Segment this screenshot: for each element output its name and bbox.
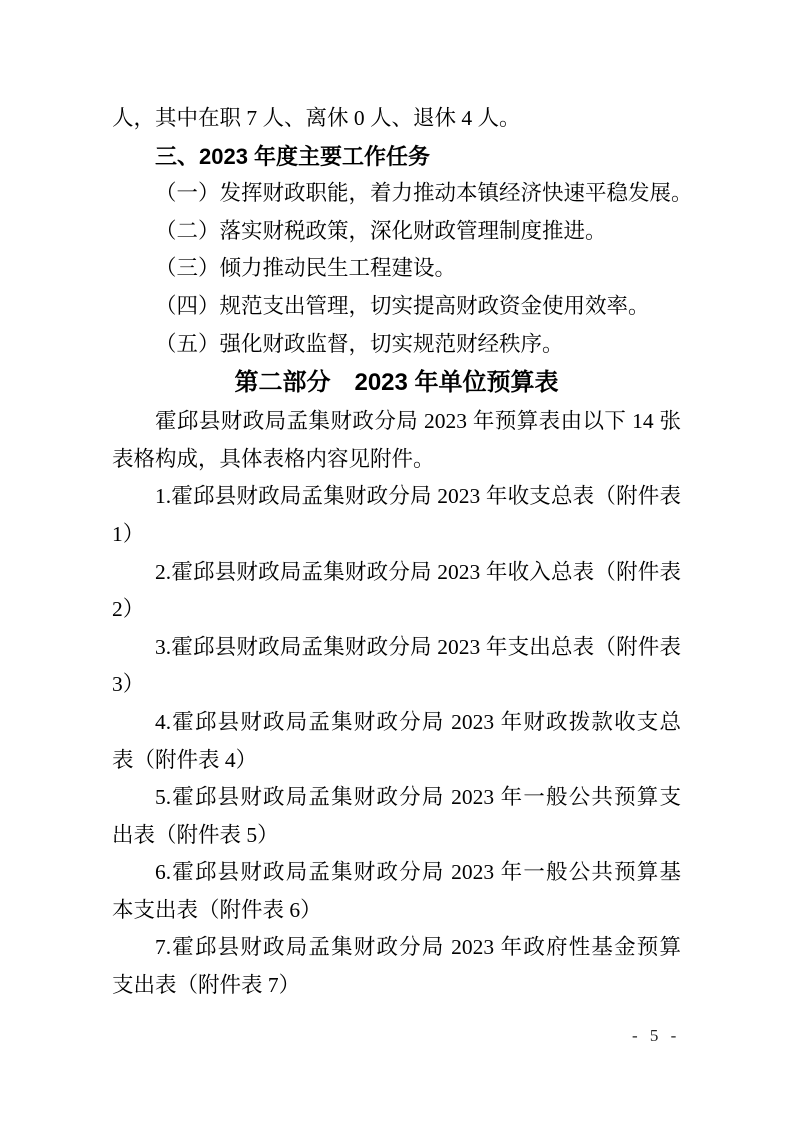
- table-list-item-6-line-1: 6.霍邱县财政局孟集财政分局 2023 年一般公共预算基: [112, 854, 681, 892]
- task-item-3: （三）倾力推动民生工程建设。: [112, 250, 681, 288]
- task-item-1: （一）发挥财政职能，着力推动本镇经济快速平稳发展。: [112, 175, 681, 213]
- section-3-heading: 三、2023 年度主要工作任务: [112, 138, 681, 176]
- table-list-item-7-line-2: 支出表（附件表 7）: [112, 967, 681, 1005]
- task-item-5: （五）强化财政监督，切实规范财经秩序。: [112, 326, 681, 364]
- table-list-item-2-line-2: 2）: [112, 591, 681, 629]
- part-2-heading: 第二部分 2023 年单位预算表: [112, 363, 681, 403]
- prev-paragraph-tail: 人，其中在职 7 人、离休 0 人、退休 4 人。: [112, 100, 681, 138]
- table-list-item-6-line-2: 本支出表（附件表 6）: [112, 892, 681, 930]
- table-list-item-5-line-1: 5.霍邱县财政局孟集财政分局 2023 年一般公共预算支: [112, 779, 681, 817]
- task-item-4: （四）规范支出管理，切实提高财政资金使用效率。: [112, 288, 681, 326]
- document-body: 人，其中在职 7 人、离休 0 人、退休 4 人。 三、2023 年度主要工作任…: [112, 100, 681, 1005]
- table-list-item-2-line-1: 2.霍邱县财政局孟集财政分局 2023 年收入总表（附件表: [112, 554, 681, 592]
- tables-intro-line-2: 表格构成，具体表格内容见附件。: [112, 441, 681, 479]
- table-list-item-3-line-1: 3.霍邱县财政局孟集财政分局 2023 年支出总表（附件表: [112, 629, 681, 667]
- page-number: - 5 -: [632, 1026, 677, 1046]
- table-list-item-1-line-2: 1）: [112, 516, 681, 554]
- task-item-2: （二）落实财税政策，深化财政管理制度推进。: [112, 213, 681, 251]
- tables-intro-line-1: 霍邱县财政局孟集财政分局 2023 年预算表由以下 14 张: [112, 403, 681, 441]
- table-list-item-7-line-1: 7.霍邱县财政局孟集财政分局 2023 年政府性基金预算: [112, 929, 681, 967]
- table-list-item-4-line-1: 4.霍邱县财政局孟集财政分局 2023 年财政拨款收支总: [112, 704, 681, 742]
- table-list-item-5-line-2: 出表（附件表 5）: [112, 817, 681, 855]
- table-list-item-4-line-2: 表（附件表 4）: [112, 742, 681, 780]
- table-list-item-3-line-2: 3）: [112, 666, 681, 704]
- document-page: 人，其中在职 7 人、离休 0 人、退休 4 人。 三、2023 年度主要工作任…: [0, 0, 793, 1122]
- table-list-item-1-line-1: 1.霍邱县财政局孟集财政分局 2023 年收支总表（附件表: [112, 478, 681, 516]
